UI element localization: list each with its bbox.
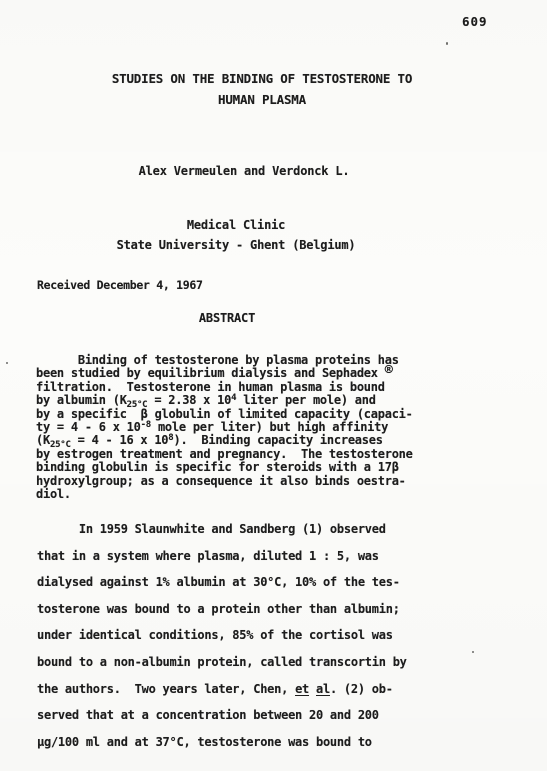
abstract-heading: ABSTRACT — [0, 311, 454, 325]
paper-title-line-1: STUDIES ON THE BINDING OF TESTOSTERONE T… — [0, 68, 524, 89]
paper-title-line-2: HUMAN PLASMA — [0, 89, 524, 110]
affiliation-line-1: Medical Clinic — [0, 216, 472, 236]
scan-artifact — [446, 42, 448, 45]
authors-line: Alex Vermeulen and Verdonck L. — [0, 164, 488, 178]
affiliation: Medical Clinic State University - Ghent … — [0, 216, 472, 255]
paper-title: STUDIES ON THE BINDING OF TESTOSTERONE T… — [0, 68, 524, 110]
page-number: 609 — [462, 14, 488, 29]
abstract-text: Binding of testosterone by plasma protei… — [36, 354, 413, 501]
affiliation-line-2: State University - Ghent (Belgium) — [0, 236, 472, 256]
scan-artifact — [472, 651, 474, 653]
received-date: Received December 4, 1967 — [37, 278, 203, 292]
body-paragraph: In 1959 Slaunwhite and Sandberg (1) obse… — [37, 516, 407, 755]
scanned-paper-page: 609 STUDIES ON THE BINDING OF TESTOSTERO… — [0, 0, 547, 771]
scan-artifact — [6, 362, 8, 364]
